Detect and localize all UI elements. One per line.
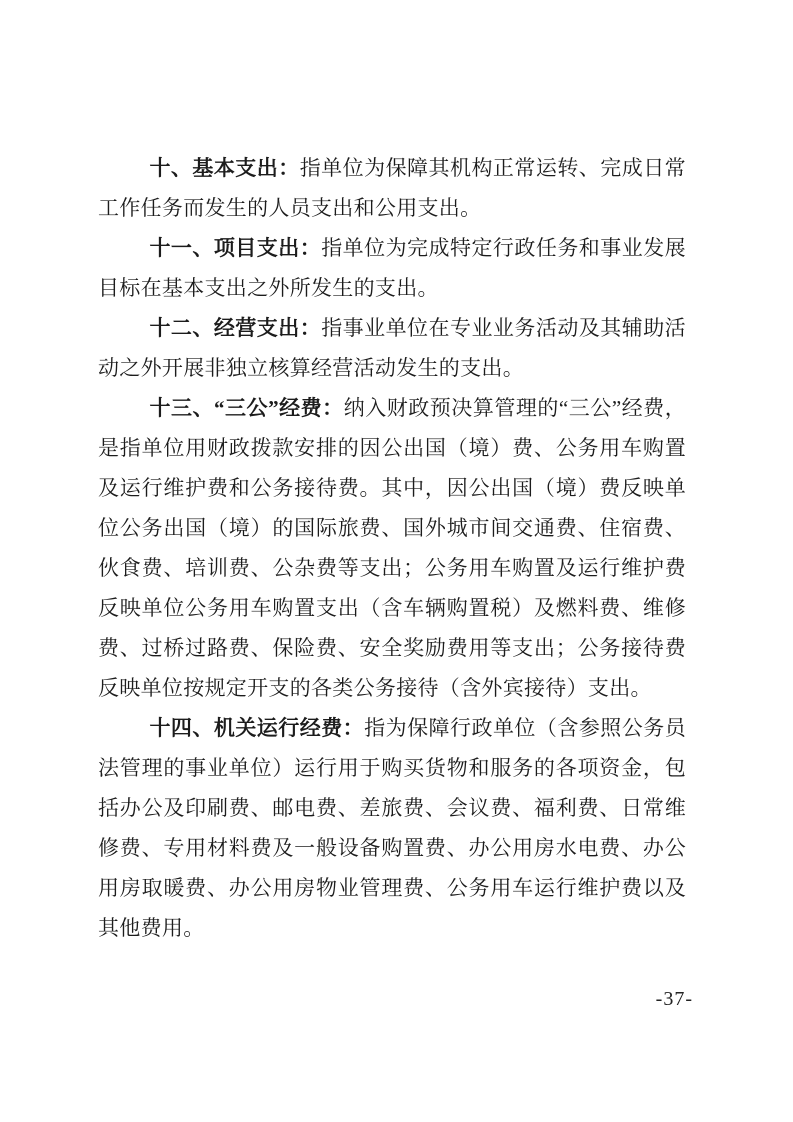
term-heading: 十四、机关运行经费：	[149, 716, 364, 740]
page-number: -37-	[656, 988, 693, 1011]
term-definition: 纳入财政预决算管理的“三公”经费，是指单位用财政拨款安排的因公出国（境）费、公务…	[98, 396, 686, 700]
definition-paragraph-operating-expenditure: 十二、经营支出：指事业单位在专业业务活动及其辅助活动之外开展非独立核算经营活动发…	[98, 308, 686, 388]
term-heading: 十二、经营支出：	[149, 316, 321, 340]
term-heading: 十一、项目支出：	[149, 236, 321, 260]
term-definition: 指为保障行政单位（含参照公务员法管理的事业单位）运行用于购买货物和服务的各项资金…	[98, 716, 686, 940]
definition-paragraph-basic-expenditure: 十、基本支出：指单位为保障其机构正常运转、完成日常工作任务而发生的人员支出和公用…	[98, 148, 686, 228]
term-heading: 十、基本支出：	[149, 156, 299, 180]
term-heading: 十三、“三公”经费：	[149, 396, 343, 420]
document-body: 十、基本支出：指单位为保障其机构正常运转、完成日常工作任务而发生的人员支出和公用…	[98, 148, 686, 948]
document-page: 十、基本支出：指单位为保障其机构正常运转、完成日常工作任务而发生的人员支出和公用…	[0, 0, 793, 1122]
definition-paragraph-agency-operating-funds: 十四、机关运行经费：指为保障行政单位（含参照公务员法管理的事业单位）运行用于购买…	[98, 708, 686, 948]
definition-paragraph-three-public-funds: 十三、“三公”经费：纳入财政预决算管理的“三公”经费，是指单位用财政拨款安排的因…	[98, 388, 686, 708]
definition-paragraph-project-expenditure: 十一、项目支出：指单位为完成特定行政任务和事业发展目标在基本支出之外所发生的支出…	[98, 228, 686, 308]
